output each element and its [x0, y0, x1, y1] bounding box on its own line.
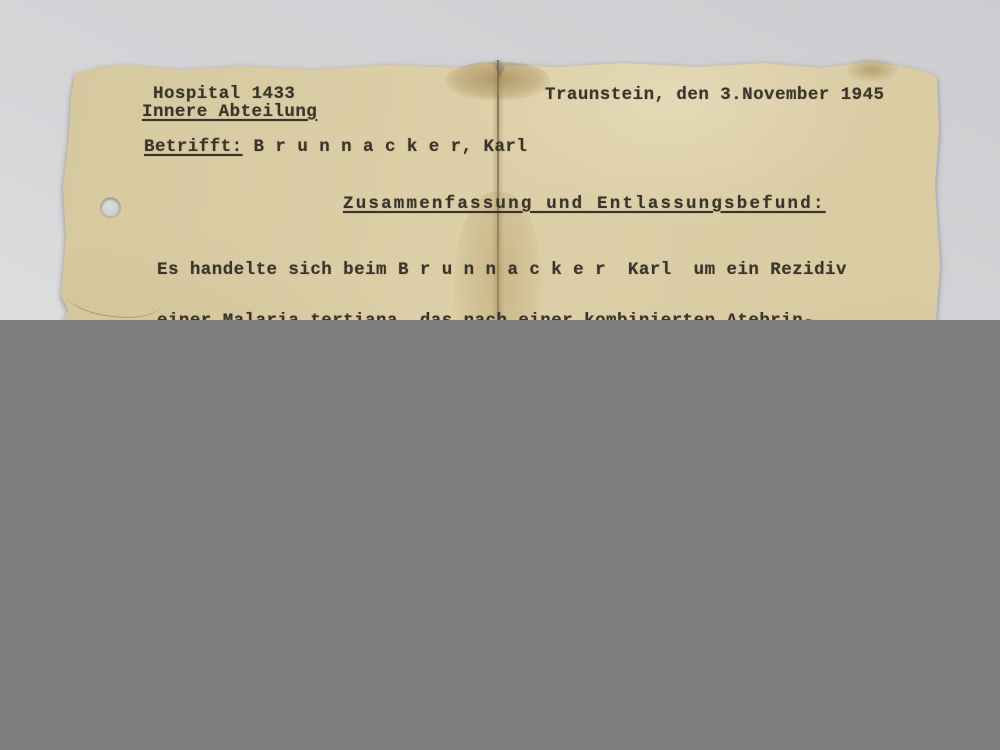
dateline: Traunstein, den 3.November 1945 — [545, 87, 885, 104]
subject-value: B r u n n a c k e r, Karl — [243, 137, 528, 157]
subject-line: Betrifft: B r u n n a c k e r, Karl — [144, 139, 527, 156]
gray-redaction-overlay — [0, 320, 1000, 750]
body-line: Es handelte sich beim B r u n n a c k e … — [157, 262, 858, 279]
subject-label: Betrifft: — [144, 137, 243, 157]
punch-hole — [101, 198, 120, 217]
document-heading: Zusammenfassung und Entlassungsbefund: — [343, 196, 826, 213]
photo-backdrop: Hospital 1433 Innere Abteilung Traunstei… — [0, 0, 1000, 750]
org-name-line1: Hospital 1433 — [153, 86, 295, 103]
tape-stain — [446, 62, 550, 100]
edge-stain — [846, 58, 898, 82]
org-name-line2: Innere Abteilung — [142, 104, 317, 121]
